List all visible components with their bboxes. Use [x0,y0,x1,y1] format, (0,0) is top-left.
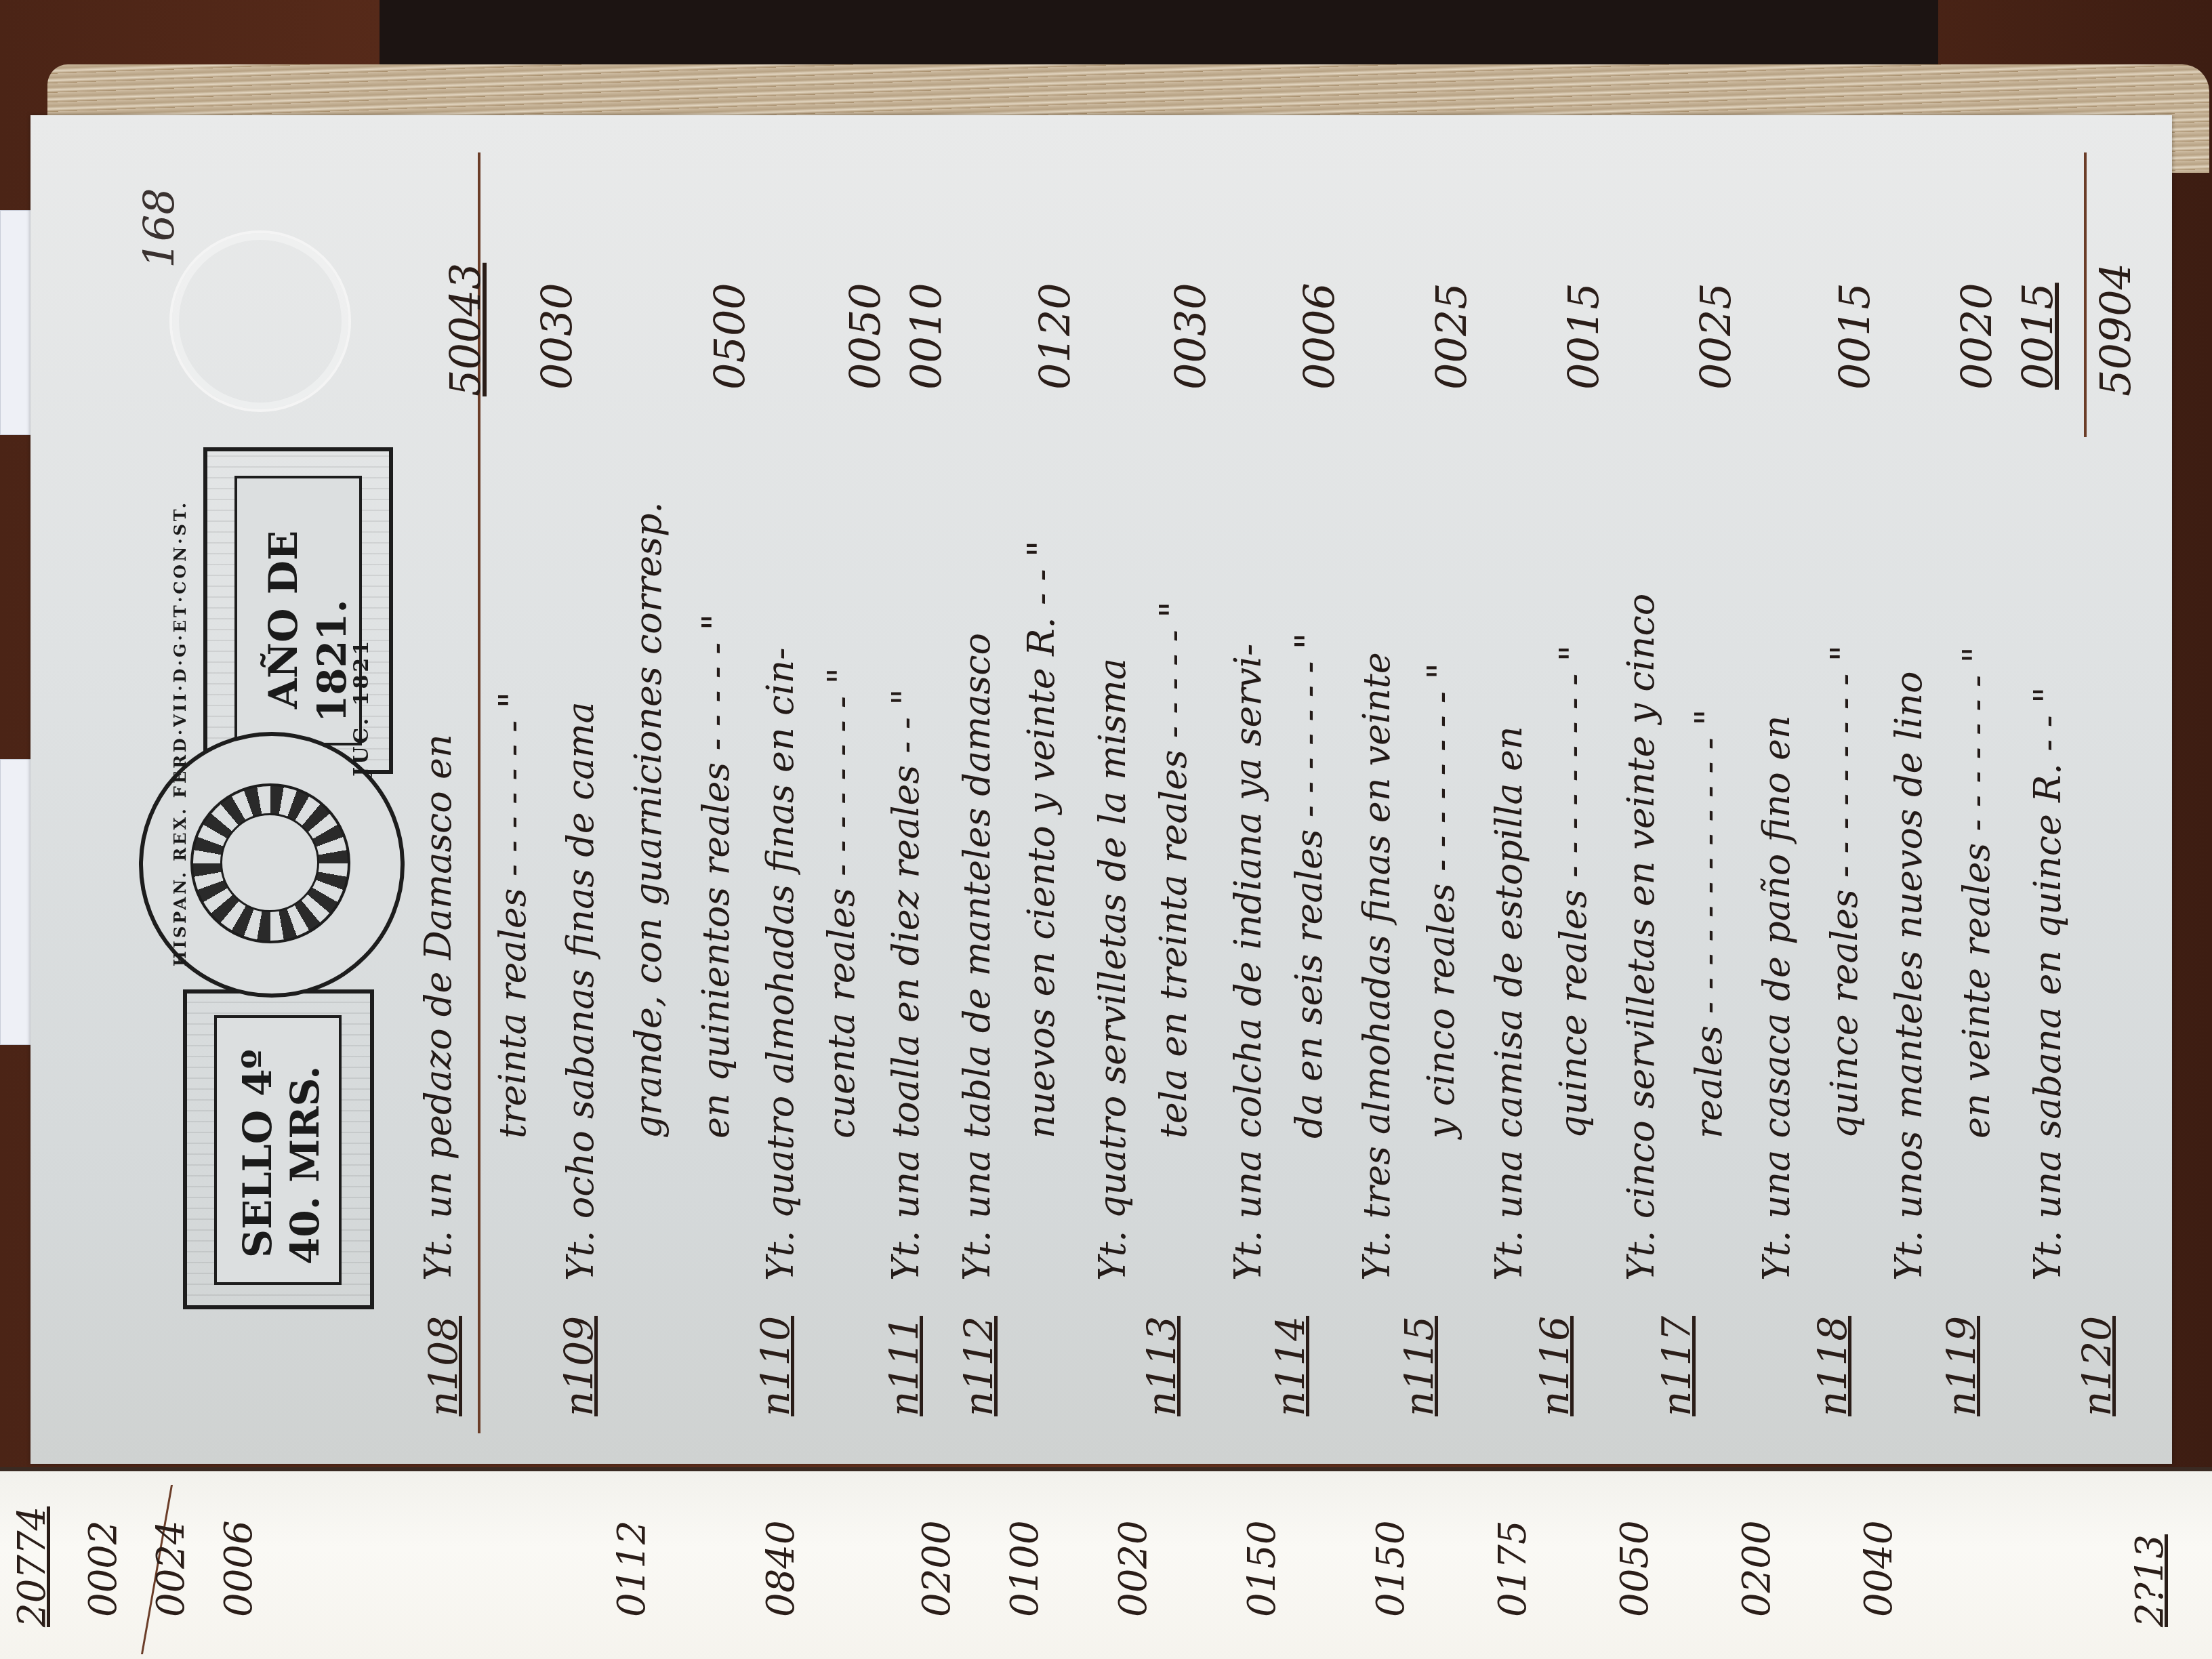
entry-text-line: nuevos en ciento y veinte R. - - " [1020,540,1063,1139]
amount-n108: 0030 [532,283,581,390]
facing-page-below: 20774 0002 0024 0006 0112 0840 0200 0100… [0,1467,2212,1659]
lower-amount: 0112 [610,1520,654,1617]
entry-number: n115 [1396,1316,1442,1416]
entry-text-line: quince reales - - - - - - - - - " [1823,645,1866,1139]
lower-amount: 0175 [1491,1520,1535,1617]
entry-number: n119 [1938,1316,1984,1416]
total-rule [2084,152,2087,437]
entry-text-line: Yt. cinco servilletas en veinte y cinco [1620,594,1662,1281]
lower-amount: 0020 [1111,1520,1155,1617]
book-cover-shadow [380,0,1938,64]
entry-number: n109 [556,1316,602,1416]
entry-text-line: da en seis reales - - - - - - - " [1288,633,1330,1139]
entry-text-line: Yt. una casaca de paño fino en [1755,715,1798,1281]
entry-text-line: Yt. ocho sabanas finas de cama [559,701,602,1281]
amount-n118: 0015 [1830,283,1879,390]
lower-amount: 0200 [915,1520,959,1617]
entry-text-line: Yt. tres almohadas finas en veinte [1355,652,1398,1281]
folio-number: 168 [134,188,184,268]
entry-number: n120 [2074,1316,2120,1416]
amount-n119: 0020 [1952,283,2001,390]
entry-number: n113 [1139,1316,1185,1416]
stamp-year: 1821. [309,599,355,722]
amount-n110: 0050 [840,283,890,390]
lower-amount: 0006 [217,1520,261,1617]
entry-text-line: cuenta reales - - - - - - - - " [820,668,863,1139]
entry-number: n111 [881,1316,927,1416]
entry-text-line: treinta reales - - - - - - - " [491,692,534,1139]
entry-text-line: quince reales - - - - - - - - - " [1552,645,1595,1139]
royal-seal: JUC. 1821 HISPAN. REX. FERD·VII·D·G·ET·C… [139,732,405,998]
embossed-seal [169,230,351,412]
page-total-amount: 50904 [2091,263,2140,396]
entry-text-line: Yt. quatro almohadas finas en cin- [759,647,802,1281]
amount-n112: 0120 [1030,283,1080,390]
entry-text-line: reales - - - - - - - - - - - - " [1687,709,1730,1139]
entry-number: n117 [1654,1316,1700,1416]
entry-number: n112 [956,1316,1002,1416]
entry-text-line: grande, con guarniciones corresp. [627,501,670,1139]
lower-amount: 0050 [1613,1520,1657,1617]
lower-amount: 0024 [149,1520,193,1617]
entry-text-line: Yt. una tabla de manteles damasco [956,633,998,1281]
entry-number: n116 [1532,1316,1578,1416]
amount-n120: 0015 [2013,283,2062,390]
lower-amount: 0040 [1857,1520,1901,1617]
entry-text-line: y cinco reales - - - - - - - - " [1420,663,1462,1139]
amount-n111: 0010 [901,283,951,390]
paper-tab-marker [0,210,34,435]
lower-amount: 0150 [1240,1520,1284,1617]
entry-text-line: Yt. una toalla en diez reales - - " [884,689,927,1281]
lower-amount: 0100 [1003,1520,1047,1617]
lower-amount: 0150 [1369,1520,1413,1617]
amount-n116: 0015 [1559,283,1608,390]
amount-n109: 0500 [705,283,754,390]
entry-text-line: Yt. una camisa de estopilla en [1488,726,1530,1281]
stamp-value: 40. MRS. [282,1065,328,1265]
stamp-sello-box: SELLO 4º 40. MRS. [183,989,374,1309]
entry-number: n118 [1809,1316,1856,1416]
entry-text-line: Yt. unos manteles nuevos de lino [1887,672,1930,1282]
amount-n113: 0030 [1166,283,1215,390]
lower-page-top-total: 20774 [10,1507,54,1627]
lower-page-bottom-total: 2?13 [2128,1534,2172,1627]
amount-n117: 0025 [1691,283,1740,390]
lower-amount: 0200 [1735,1520,1779,1617]
entry-number: n114 [1267,1316,1313,1416]
entry-text-line: en quinientos reales - - - - - " [695,614,737,1139]
entry-text-line: en veinte reales - - - - - - - " [1955,647,1998,1139]
lower-amount: 0002 [81,1520,125,1617]
entry-number: n110 [752,1316,798,1416]
amount-n115: 0025 [1427,283,1476,390]
lower-amount: 0840 [759,1520,803,1617]
entry-number: n108 [420,1316,466,1416]
entry-text-line: Yt. quatro servilletas de la misma [1091,658,1134,1281]
entry-text-line: Yt. una colcha de indiana ya servi- [1227,644,1269,1281]
stamp-sello: SELLO 4º [234,1049,281,1258]
entry-text-line: Yt. un pedazo de Damasco en [417,734,459,1281]
carried-forward-amount: 50043 [441,263,490,396]
entry-text-line: tela en treinta reales - - - - - " [1152,601,1195,1139]
amount-n114: 0006 [1294,283,1344,390]
stamp-ano-de: AÑO DE [260,531,306,709]
entry-text-line: Yt. una sabana en quince R. - - " [2026,687,2069,1281]
